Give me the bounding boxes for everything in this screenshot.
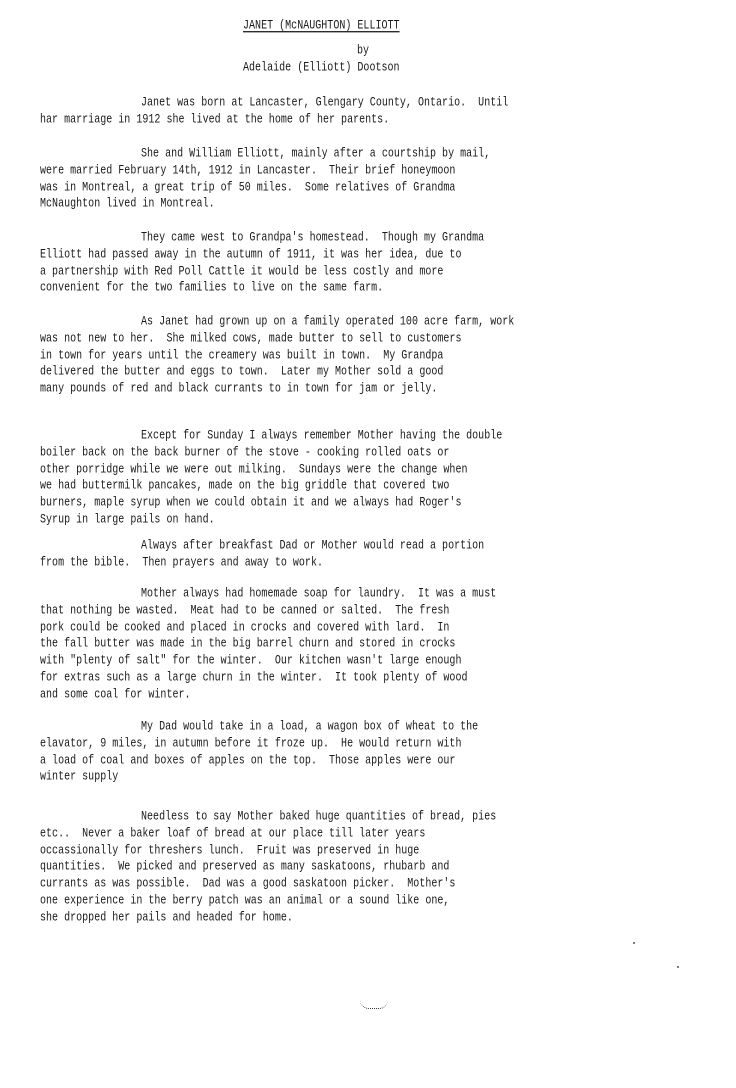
paragraph-line: many pounds of red and black currants to… <box>40 380 437 400</box>
author-name: Adelaide (Elliott) Dootson <box>243 59 400 79</box>
paragraph-line: har marriage in 1912 she lived at the ho… <box>40 111 389 131</box>
scan-mark <box>360 1000 388 1009</box>
paragraph-line: from the bible. Then prayers and away to… <box>40 554 323 574</box>
scan-speck <box>633 942 635 944</box>
paragraph-line: winter supply <box>40 768 118 788</box>
paragraph-line: and some coal for winter. <box>40 686 191 706</box>
paragraph-line: McNaughton lived in Montreal. <box>40 195 215 215</box>
paragraph-line: she dropped her pails and headed for hom… <box>40 909 293 929</box>
scan-speck <box>677 966 679 968</box>
paragraph-line: convenient for the two families to live … <box>40 279 383 299</box>
document-title: JANET (McNAUGHTON) ELLIOTT <box>243 17 400 37</box>
paragraph-line: Syrup in large pails on hand. <box>40 511 215 531</box>
document-page: JANET (McNAUGHTON) ELLIOTT by Adelaide (… <box>0 0 736 1088</box>
